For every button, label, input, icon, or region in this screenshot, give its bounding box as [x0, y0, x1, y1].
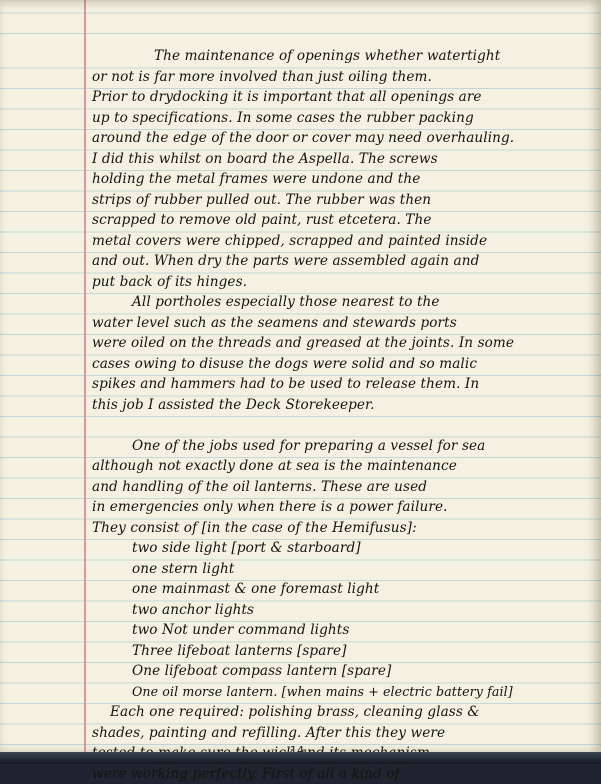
- text-line: shades, painting and refilling. After th…: [92, 723, 592, 744]
- list-item: One lifeboat compass lantern [spare]: [92, 661, 592, 682]
- text-line: One of the jobs used for preparing a ves…: [92, 436, 592, 457]
- text-line: around the edge of the door or cover may…: [92, 128, 592, 149]
- list-item: two side light [port & starboard]: [92, 538, 592, 559]
- text-line: scrapped to remove old paint, rust etcet…: [92, 210, 592, 231]
- text-line: this job I assisted the Deck Storekeeper…: [92, 395, 592, 416]
- text-line: water level such as the seamens and stew…: [92, 313, 592, 334]
- text-line: were oiled on the threads and greased at…: [92, 333, 592, 354]
- list-item: one mainmast & one foremast light: [92, 579, 592, 600]
- list-item: two anchor lights: [92, 600, 592, 621]
- text-line: strips of rubber pulled out. The rubber …: [92, 190, 592, 211]
- text-line: They consist of [in the case of the Hemi…: [92, 518, 592, 539]
- text-line: put back of its hinges.: [92, 272, 592, 293]
- handwritten-body: The maintenance of openings whether wate…: [92, 46, 592, 764]
- text-line: All portholes especially those nearest t…: [92, 292, 592, 313]
- list-item: two Not under command lights: [92, 620, 592, 641]
- text-line: Each one required: polishing brass, clea…: [92, 702, 592, 723]
- text-line: or not is far more involved than just oi…: [92, 67, 592, 88]
- text-line: The maintenance of openings whether wate…: [92, 46, 592, 67]
- lantern-list: two side light [port & starboard] one st…: [92, 538, 592, 702]
- text-line: and out. When dry the parts were assembl…: [92, 251, 592, 272]
- notebook-page: ​ The maintenance of openings whether wa…: [0, 0, 601, 752]
- text-line: spikes and hammers had to be used to rel…: [92, 374, 592, 395]
- page-bottom-edge: [0, 752, 601, 764]
- text-line: and handling of the oil lanterns. These …: [92, 477, 592, 498]
- list-item: Three lifeboat lanterns [spare]: [92, 641, 592, 662]
- text-line: in emergencies only when there is a powe…: [92, 497, 592, 518]
- text-line: Prior to drydocking it is important that…: [92, 87, 592, 108]
- text-line: metal covers were chipped, scrapped and …: [92, 231, 592, 252]
- text-line: although not exactly done at sea is the …: [92, 456, 592, 477]
- text-line: up to specifications. In some cases the …: [92, 108, 592, 129]
- list-item: One oil morse lantern. [when mains + ele…: [92, 682, 592, 703]
- text-line: cases owing to disuse the dogs were soli…: [92, 354, 592, 375]
- blank-line: [92, 415, 592, 436]
- text-line: holding the metal frames were undone and…: [92, 169, 592, 190]
- list-item: one stern light: [92, 559, 592, 580]
- text-line: I did this whilst on board the Aspella. …: [92, 149, 592, 170]
